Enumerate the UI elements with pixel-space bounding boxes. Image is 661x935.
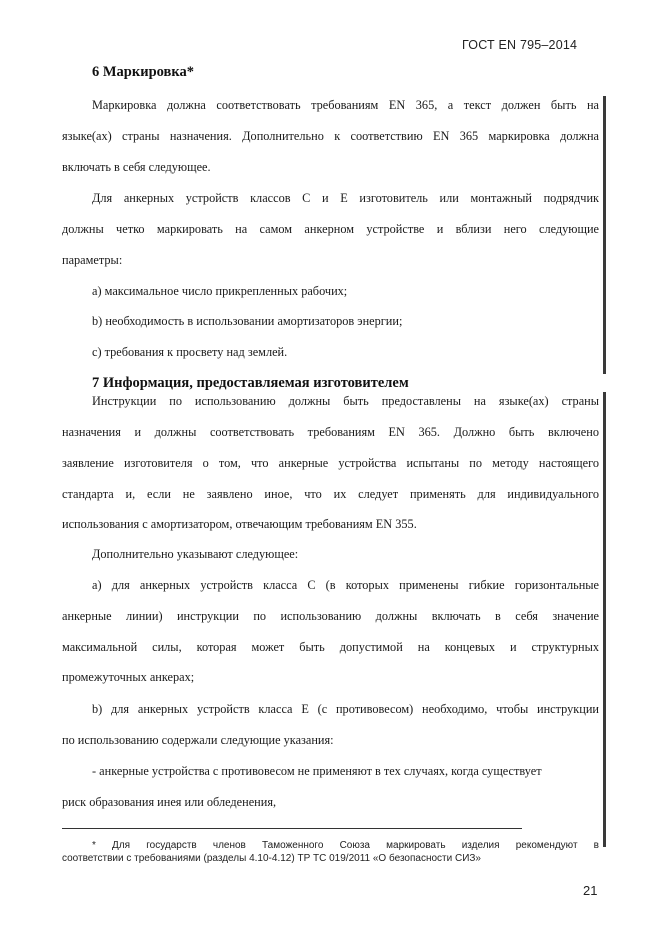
paragraph-line: использования с амортизатором, отвечающи… <box>62 517 417 532</box>
paragraph-line: должны четко маркировать на самом анкерн… <box>62 222 599 237</box>
list-item: риск образования инея или обледенения, <box>62 795 276 810</box>
list-item: b) для анкерных устройств класса Е (с пр… <box>92 702 599 717</box>
document-code-header: ГОСТ EN 795–2014 <box>462 38 577 52</box>
paragraph-line: языке(ах) страны назначения. Дополнитель… <box>62 129 599 144</box>
paragraph-line: параметры: <box>62 253 122 268</box>
list-item: анкерные линии) инструкции по использова… <box>62 609 599 624</box>
paragraph-line: стандарта и, если не заявлено иное, что … <box>62 487 599 502</box>
paragraph-line: включать в себя следующее. <box>62 160 211 175</box>
list-item: максимальной силы, которая может быть до… <box>62 640 599 655</box>
footnote-line: * Для государств членов Таможенного Союз… <box>92 840 599 851</box>
paragraph-line: Маркировка должна соответствовать требов… <box>92 98 599 113</box>
page-number: 21 <box>583 883 597 898</box>
footnote-line: соответствии с требованиями (разделы 4.1… <box>62 853 481 864</box>
document-page: ГОСТ EN 795–2014 6 Маркировка* Маркировк… <box>0 0 661 935</box>
list-item: a) максимальное число прикрепленных рабо… <box>92 284 347 299</box>
paragraph-line: Для анкерных устройств классов С и Е изг… <box>92 191 599 206</box>
list-item: b) необходимость в использовании амортиз… <box>92 314 402 329</box>
section-6-heading: 6 Маркировка* <box>92 64 194 81</box>
list-item: промежуточных анкерах; <box>62 670 194 685</box>
paragraph-line: Инструкции по использованию должны быть … <box>92 394 599 409</box>
change-bar <box>603 96 606 374</box>
list-item: а) для анкерных устройств класса С (в ко… <box>92 578 599 593</box>
list-item: - анкерные устройства с противовесом не … <box>92 764 542 779</box>
footnote-separator <box>62 828 522 829</box>
change-bar <box>603 392 606 847</box>
paragraph-line: назначения и должны соответствовать треб… <box>62 425 599 440</box>
paragraph-line: заявление изготовителя о том, что анкерн… <box>62 456 599 471</box>
list-item: c) требования к просвету над землей. <box>92 345 287 360</box>
paragraph-line: Дополнительно указывают следующее: <box>92 547 298 562</box>
list-item: по использованию содержали следующие ука… <box>62 733 334 748</box>
section-7-heading: 7 Информация, предоставляемая изготовите… <box>92 375 409 392</box>
